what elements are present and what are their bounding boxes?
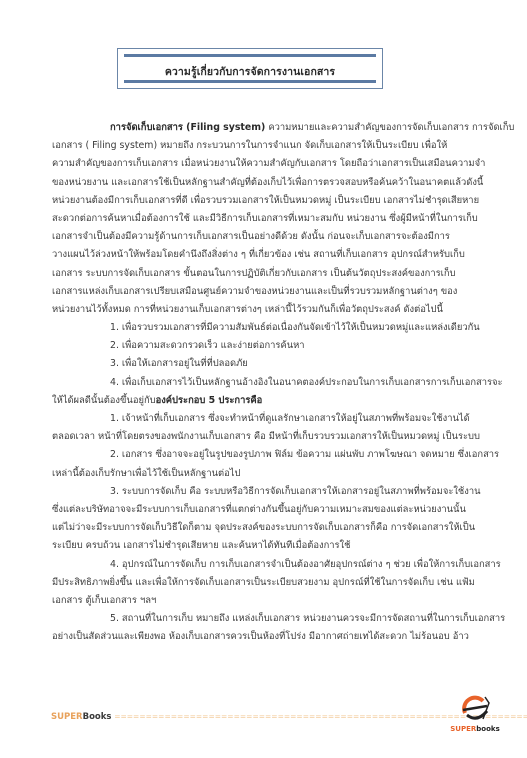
paragraph-line: หน่วยงานไว้ทั้งหมด การที่หน่วยงานเก็บเอก…	[52, 301, 482, 319]
page-title: ความรู้เกี่ยวกับการจัดการงานเอกสาร	[118, 63, 382, 80]
footer-brand-super: SUPER	[51, 712, 83, 722]
component-item: 2. เอกสาร ซึ่งอาจจะอยู่ในรูปของรูปภาพ ฟิ…	[52, 446, 482, 464]
objective-item: 4. เพื่อเก็บเอกสารไว้เป็นหลักฐานอ้างอิงใ…	[52, 374, 482, 392]
paragraph-line: ความสำคัญของการเก็บเอกสาร เมื่อหน่วยงานใ…	[52, 155, 482, 173]
components-lead: ให้ได้ผลดีนั้นต้องขึ้นอยู่กับองค์ประกอบ …	[52, 392, 482, 410]
intro-text: ความหมายและความสำคัญของการจัดเก็บเอกสาร …	[265, 122, 514, 133]
component-item: 3. ระบบการจัดเก็บ คือ ระบบหรือวิธีการจัด…	[52, 483, 482, 501]
component-continuation: แต่ไม่ว่าจะมีระบบการจัดเก็บวิธีใดก็ตาม จ…	[52, 519, 482, 537]
objective-item: 3. เพื่อให้เอกสารอยู่ในที่ที่ปลอดภัย	[52, 355, 482, 373]
objective-item: 2. เพื่อความสะดวกรวดเร็ว และง่ายต่อการค้…	[52, 337, 482, 355]
component-continuation: อย่างเป็นสัดส่วนและเพียงพอ ห้องเก็บเอกสา…	[52, 628, 482, 646]
component-continuation: ตลอดเวลา หน้าที่โดยตรงของพนักงานเก็บเอกส…	[52, 428, 482, 446]
component-item: 1. เจ้าหน้าที่เก็บเอกสาร ซึ่งจะทำหน้าที่…	[52, 410, 482, 428]
intro-term: การจัดเก็บเอกสาร (Filing system)	[110, 122, 265, 133]
components-lead-bold: องค์ประกอบ 5 ประการคือ	[156, 395, 263, 406]
title-bar-bottom	[124, 80, 376, 83]
component-continuation: เอกสาร ตู้เก็บเอกสาร ฯลฯ	[52, 592, 482, 610]
component-item: 4. อุปกรณ์ในการจัดเก็บ การเก็บเอกสารจำเป…	[52, 556, 482, 574]
page-footer: SUPERBooks =============================…	[51, 712, 451, 726]
component-continuation: เหล่านี้ต้องเก็บรักษาเพื่อไว้ใช้เป็นหลัก…	[52, 465, 482, 483]
paragraph-line: เอกสาร ( Filing system) หมายถึง กระบวนกา…	[52, 137, 482, 155]
title-box: ความรู้เกี่ยวกับการจัดการงานเอกสาร	[117, 48, 383, 89]
logo-super: SUPER	[450, 725, 476, 733]
paragraph-line: สะดวกต่อการค้นหาเมื่อต้องการใช้ และมีวิธ…	[52, 210, 482, 228]
components-lead-text: ให้ได้ผลดีนั้นต้องขึ้นอยู่กับ	[52, 395, 156, 406]
superbooks-logo: SUPERbooks	[447, 693, 503, 733]
footer-brand-books: Books	[83, 712, 112, 722]
title-bar-top	[124, 54, 376, 57]
paragraph-line: ของหน่วยงาน และเอกสารใช้เป็นหลักฐานสำคัญ…	[52, 174, 482, 192]
paragraph-line: หน่วยงานต้องมีการเก็บเอกสารที่ดี เพื่อรว…	[52, 192, 482, 210]
intro-first-line: การจัดเก็บเอกสาร (Filing system) ความหมา…	[52, 119, 482, 137]
paragraph-line: วางแผนไว้ล่วงหน้าให้พร้อมโดยคำนึงถึงสิ่ง…	[52, 246, 482, 264]
paragraph-line: เอกสาร ระบบการจัดเก็บเอกสาร ขั้นตอนในการ…	[52, 265, 482, 283]
component-continuation: ซึ่งแต่ละบริษัทอาจจะมีระบบการเก็บเอกสารท…	[52, 501, 482, 519]
paragraph-line: เอกสารแหล่งเก็บเอกสารเปรียบเสมือนศูนย์คว…	[52, 283, 482, 301]
component-item: 5. สถานที่ในการเก็บ หมายถึง แหล่งเก็บเอก…	[52, 610, 482, 628]
logo-wordmark: SUPERbooks	[447, 725, 503, 733]
logo-books: books	[476, 725, 499, 733]
document-body: การจัดเก็บเอกสาร (Filing system) ความหมา…	[52, 119, 482, 646]
component-continuation: มีประสิทธิภาพยิ่งขึ้น และเพื่อให้การจัดเ…	[52, 574, 482, 592]
paragraph-line: เอกสารจำเป็นต้องมีความรู้ด้านการเก็บเอกส…	[52, 228, 482, 246]
objective-item: 1. เพื่อรวบรวมเอกสารที่มีความสัมพันธ์ต่อ…	[52, 319, 482, 337]
globe-swoosh-icon	[447, 693, 503, 725]
component-continuation: ระเบียบ ครบถ้วน เอกสารไม่ชำรุดเสียหาย แล…	[52, 537, 482, 555]
